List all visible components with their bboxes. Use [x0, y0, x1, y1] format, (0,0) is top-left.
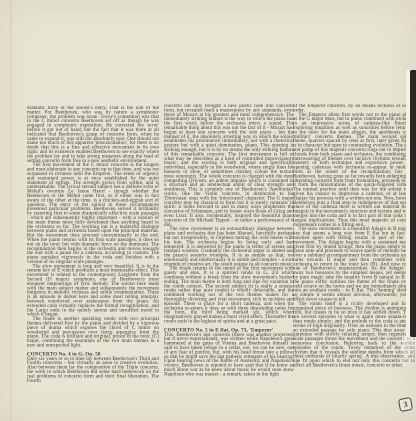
paragraph: dramatic force of the soloist's entry. T… — [27, 106, 159, 163]
paragraph: The slow movement is a beautiful Adagio … — [293, 227, 415, 302]
paragraph: This, Beethoven's last concerto (there w… — [164, 333, 294, 377]
paragraph: The finale is another sparkling rondo wi… — [27, 317, 159, 348]
paragraph: Only six years or so in time lay between… — [27, 357, 159, 383]
paragraph: The Emperor allots first words not to th… — [293, 113, 415, 227]
paper-corner-shade — [402, 337, 416, 367]
text-column-middle: concerto not only brought a new poetic n… — [164, 104, 294, 397]
paragraph: concerto not only brought a new poetic n… — [164, 104, 294, 227]
sleeve-edge-shadow — [410, 70, 416, 337]
paragraph: The finale returns to the mood of the fi… — [164, 267, 294, 324]
paragraph: The first movement of the C minor concer… — [27, 163, 159, 264]
paragraph: The slow movement is an extraordinary di… — [164, 227, 294, 267]
text-column-left: dramatic force of the soloist's entry. T… — [27, 106, 159, 397]
liner-notes-page: dramatic force of the soloist's entry. T… — [0, 0, 416, 421]
text-column-right: of the Emperor concerto, by no means rec… — [293, 104, 415, 397]
paragraph: The rondo itself is a richly developed a… — [293, 302, 415, 368]
paragraph: The slow movement is long and very beaut… — [27, 264, 159, 317]
page-number-badge: 3 — [398, 397, 413, 412]
paper-fold-crease — [10, 0, 12, 421]
